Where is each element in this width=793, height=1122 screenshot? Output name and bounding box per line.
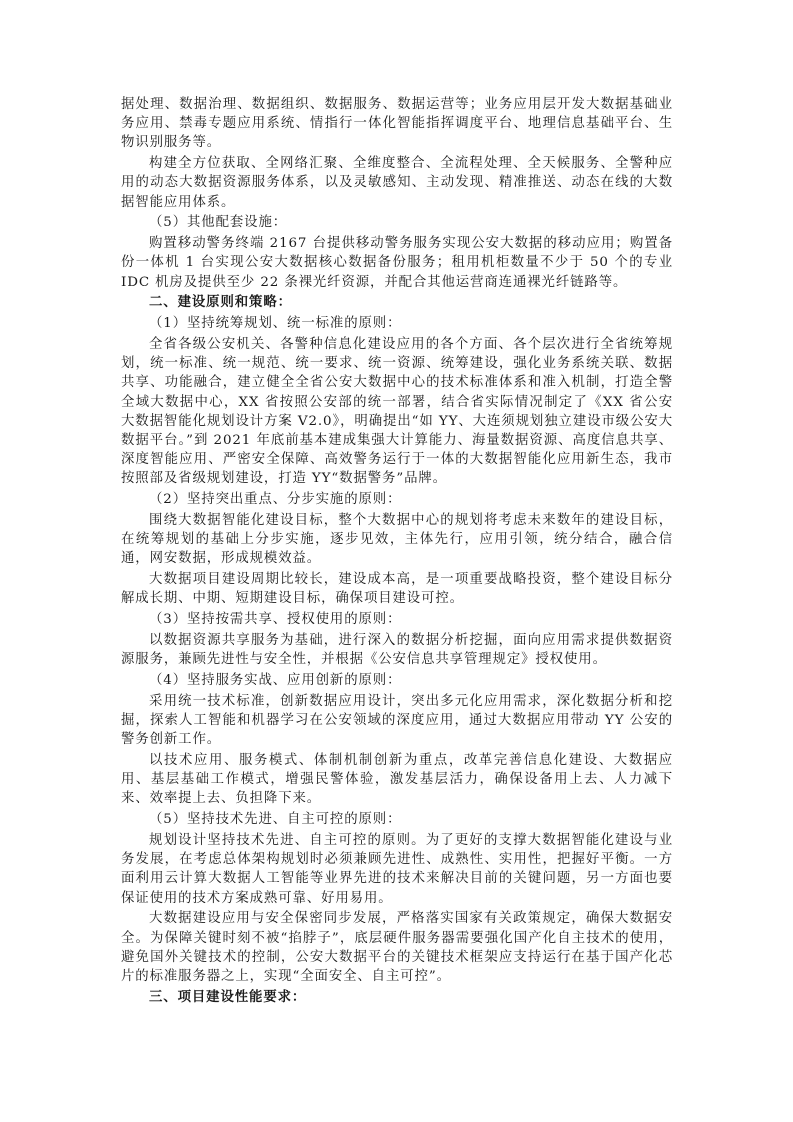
document-page: 据处理、数据治理、数据组织、数据服务、数据运营等；业务应用层开发大数据基础业务应… <box>121 95 673 1009</box>
paragraph-unified-tech-standards: 采用统一技术标准，创新数据应用设计，突出多元化应用需求，深化数据分析和挖掘，探索… <box>121 692 673 750</box>
paragraph-unified-planning: 全省各级公安机关、各警种信息化建设应用的各个方面、各个层次进行全省统筹规划，统一… <box>121 335 673 489</box>
paragraph-mobile-terminals: 购置移动警务终端 2167 台提供移动警务服务实现公安大数据的移动应用；购置备份… <box>121 234 673 292</box>
subheading-practical-innovation: （4）坚持服务实战、应用创新的原则： <box>121 671 673 690</box>
paragraph-security-sync: 大数据建设应用与安全保密同步发展，严格落实国家有关政策规定，确保大数据安全。为保… <box>121 909 673 986</box>
paragraph-phased-goals: 围绕大数据智能化建设目标，整个大数据中心的规划将考虑未来数年的建设目标，在统筹规… <box>121 511 673 569</box>
subheading-tech-advanced-controllable: （5）坚持技术先进、自主可控的原则： <box>121 810 673 829</box>
paragraph-project-cycle: 大数据项目建设周期比较长，建设成本高，是一项重要战略投资，整个建设目标分解成长期… <box>121 570 673 608</box>
subheading-unified-planning: （1）坚持统筹规划、统一标准的原则： <box>121 314 673 333</box>
section-heading-performance-requirements: 三、项目建设性能要求： <box>121 988 673 1007</box>
paragraph-data-processing-continued: 据处理、数据治理、数据组织、数据服务、数据运营等；业务应用层开发大数据基础业务应… <box>121 95 673 153</box>
paragraph-data-sharing: 以数据资源共享服务为基础，进行深入的数据分析挖掘，面向应用需求提供数据资源服务，… <box>121 631 673 669</box>
paragraph-tech-application-focus: 以技术应用、服务模式、体制机制创新为重点，改革完善信息化建设、大数据应用、基层基… <box>121 751 673 809</box>
paragraph-architecture-planning: 规划设计坚持技术先进、自主可控的原则。为了更好的支撑大数据智能化建设与业务发展，… <box>121 831 673 908</box>
subheading-on-demand-sharing: （3）坚持按需共享、授权使用的原则： <box>121 610 673 629</box>
subheading-other-facilities: （5）其他配套设施： <box>121 213 673 232</box>
subheading-phased-implementation: （2）坚持突出重点、分步实施的原则： <box>121 490 673 509</box>
section-heading-principles: 二、建设原则和策略： <box>121 293 673 312</box>
paragraph-dynamic-big-data-system: 构建全方位获取、全网络汇聚、全维度整合、全流程处理、全天候服务、全警种应用的动态… <box>121 154 673 212</box>
